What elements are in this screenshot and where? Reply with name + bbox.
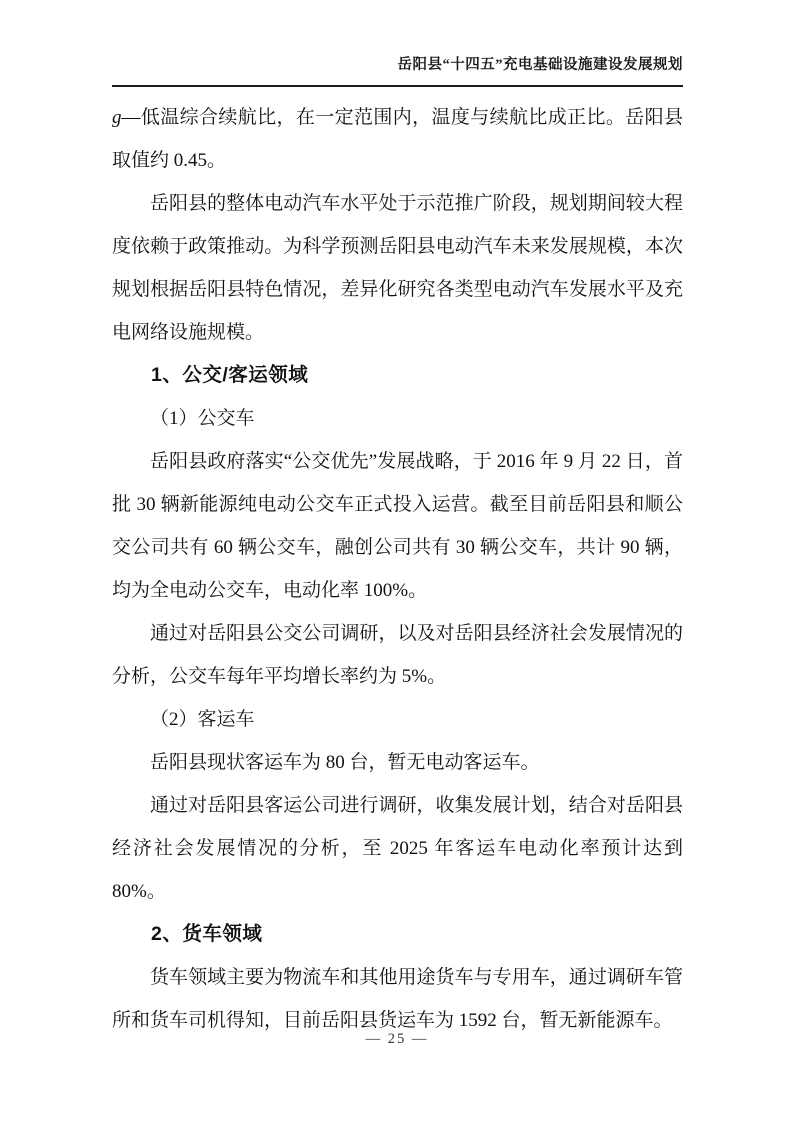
page-number: — 25 —	[0, 1031, 794, 1048]
document-body: g—低温综合续航比，在一定范围内，温度与续航比成正比。岳阳县取值约 0.45。 …	[112, 96, 683, 1042]
sub-heading-coach: （2）客运车	[112, 698, 683, 741]
paragraph-truck-status: 货车领域主要为物流车和其他用途货车与专用车，通过调研车管所和货车司机得知，目前岳…	[112, 956, 683, 1042]
document-page: 岳阳县“十四五”充电基础设施建设发展规划 g—低温综合续航比，在一定范围内，温度…	[0, 0, 794, 1122]
variable-g-symbol: g	[112, 107, 122, 128]
section-heading-truck: 2、货车领域	[112, 913, 683, 956]
paragraph-overview: 岳阳县的整体电动汽车水平处于示范推广阶段，规划期间较大程度依赖于政策推动。为科学…	[112, 182, 683, 354]
paragraph-g-definition: g—低温综合续航比，在一定范围内，温度与续航比成正比。岳阳县取值约 0.45。	[112, 96, 683, 182]
paragraph-bus-growth: 通过对岳阳县公交公司调研，以及对岳阳县经济社会发展情况的分析，公交车每年平均增长…	[112, 612, 683, 698]
paragraph-coach-status: 岳阳县现状客运车为 80 台，暂无电动客运车。	[112, 741, 683, 784]
page-header-title: 岳阳县“十四五”充电基础设施建设发展规划	[112, 54, 683, 76]
header-rule	[112, 85, 683, 87]
paragraph-g-definition-text: —低温综合续航比，在一定范围内，温度与续航比成正比。岳阳县取值约 0.45。	[112, 107, 683, 171]
sub-heading-bus: （1）公交车	[112, 397, 683, 440]
paragraph-coach-forecast: 通过对岳阳县客运公司进行调研，收集发展计划，结合对岳阳县经济社会发展情况的分析，…	[112, 784, 683, 913]
section-heading-bus-passenger: 1、公交/客运领域	[112, 354, 683, 397]
paragraph-bus-status: 岳阳县政府落实“公交优先”发展战略，于 2016 年 9 月 22 日，首批 3…	[112, 440, 683, 612]
